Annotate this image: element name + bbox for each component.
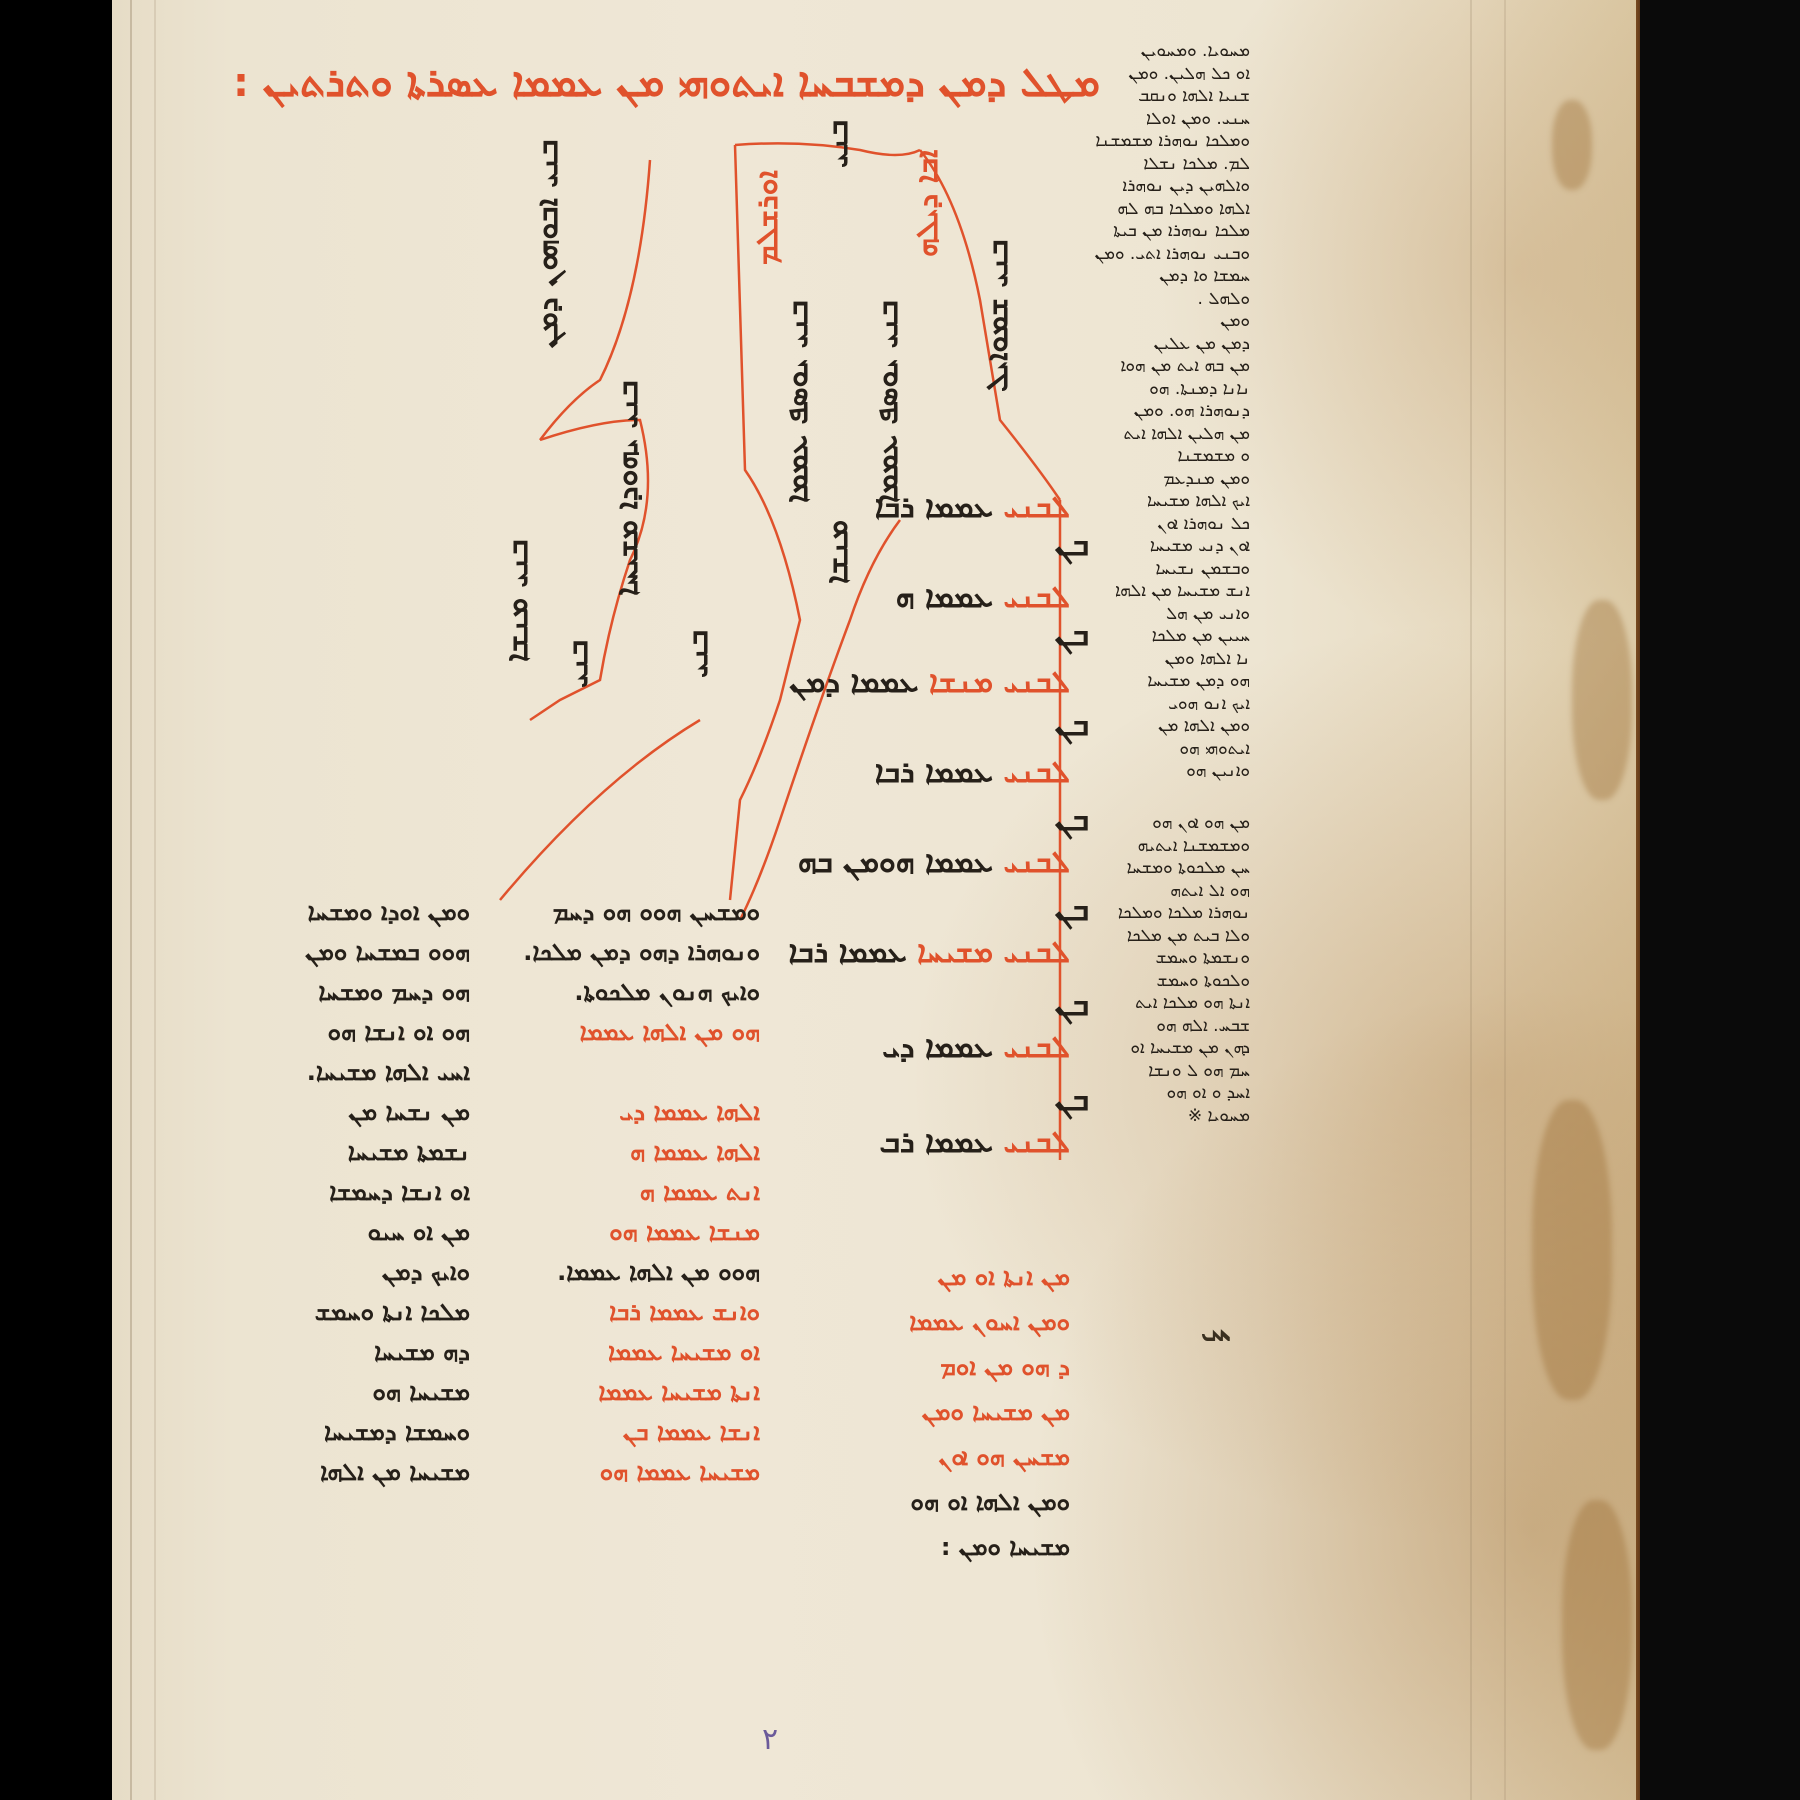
text-column-right: ܡܢ ܐܢܬܐ ܐܘ ܡܢ ܘܡܢ ܐܚܘܢ ܥܡܡܐ ܕ ܗܘ ܡܢ ܐܘܡ … [790, 1255, 1070, 1570]
text-line: ܐܠܗܐ ܥܡܡܐ ܗ [490, 1132, 760, 1172]
text-line: ܘܚܡܫܐ ܕܡܫܝܚܐ [280, 1412, 470, 1452]
stemma-node: ܒܢܝ [680, 630, 715, 710]
tribe-head-marker: ܒܢ [1055, 525, 1089, 564]
margin-line: ܕܡܢ ܡܢ ܥܠܝܢ [1080, 333, 1250, 356]
tribe-head-marker: ܒܢ [1055, 890, 1089, 929]
margin-line: ܢܐ ܐܠܗܐ ܘܡܢ [1080, 648, 1250, 671]
margin-line: ܡܢ ܗܠܝܢ ܐܠܗܐ ܐܝܬ [1080, 423, 1250, 446]
margin-line: ܕܗܢ ܡܢ ܡܫܝܚܐ ܐܘ [1080, 1037, 1250, 1060]
stemma-node: ܒܢܝ ܝܘܣܦ ܥܡܡܐ [870, 300, 905, 470]
tribe-label: ܠܒܢܝ ܡܢܫܐ [929, 665, 1070, 700]
margin-line: ܘܠܐ ܒܝܬ ܡܢ ܡܠܟܐ [1080, 925, 1250, 948]
margin-line: ܡܢ ܗܘ ܐܘܢ ܗܘ [1080, 812, 1250, 835]
margin-line: ܠܡ. ܡܠܟܐ ܢܫܠܐ [1080, 153, 1250, 176]
margin-line: ܘܡܢ [1080, 310, 1250, 333]
text-line: ܐܘ ܐܢܫܐ ܕܚܡܫܐ [280, 1172, 470, 1212]
margin-line: ܐܢܫ ܡܫܝܚܐ ܡܢ ܐܠܗܐ [1080, 580, 1250, 603]
text-line: ܘܐܢܫ ܥܡܡܐ ܪܒܐ [490, 1292, 760, 1332]
text-line: ܡܫܝܚܐ ܗܘ [280, 1372, 470, 1412]
rubric-heading: ܡܛܠ ܕܡܢ ܕܡܫܒܚܐ ܐܝܬܘܗܝ ܡܢ ܥܡܡܐ ܥܣܪܬܐ ܘܬܪܬ… [440, 60, 1100, 106]
text-column-middle: ܘܡܫܚܢ ܗܘܘ ܗܘ ܕܚܡ ܘܢܘܗܪܐ ܕܗܘ ܕܡܢ ܡܠܟܐ. ܘܐ… [490, 892, 760, 1492]
text-line: ܗܘ ܐܘ ܐܢܫܐ ܗܘ [280, 1012, 470, 1052]
stemma-node: ܒܢܝ ܝܘܣܦ ܥܡܡܐ [780, 300, 815, 470]
margin-line: ܚܡ ܗܘ ܠ ܘܢܫܐ [1080, 1060, 1250, 1083]
text-line: ܐܢܬܐ ܡܫܝܚܐ ܥܡܡܐ [490, 1372, 760, 1412]
tribe-label: ܠܒܢܝ [1003, 755, 1070, 790]
text-line: ܢܫܡܬܐ ܡܫܝܚܐ [280, 1132, 470, 1172]
tribe-label: ܠܒܢܝ [1003, 580, 1070, 615]
margin-line: ܘ ܡܫܡܫܢܐ [1080, 445, 1250, 468]
tribe-head-marker: ܒܢ [1055, 1080, 1089, 1119]
spacer [490, 1052, 760, 1092]
tribe-head-marker: ܒܢ [1055, 705, 1089, 744]
text-line: ܘܡܢ ܐܚܘܢ ܥܡܡܐ [790, 1300, 1070, 1345]
margin-line: ܘܢܫܡܬܐ ܘܚܡܫ [1080, 947, 1250, 970]
tribe-row: ܠܒܢܝ ܥܡܡܐ ܗܘܡܢ ܒܗ [850, 845, 1070, 880]
margin-line: ܐܘܢ ܕܢܝ ܡܫܝܚܐ [1080, 535, 1250, 558]
tribe-row: ܠܒܢܝ ܡܢܫܐ ܥܡܡܐ ܕܡܢ [860, 665, 1070, 700]
stemma-node: ܒܢܝ [820, 120, 855, 180]
margin-line: ܘܡܫܡܫܢܐ ܐܝܬܝܗ [1080, 835, 1250, 858]
text-line: ܕ ܗܘ ܡܢ ܐܘܡ [790, 1345, 1070, 1390]
text-line: ܘܡܢ ܐܠܗܐ ܐܘ ܗܘ [790, 1480, 1070, 1525]
text-line: ܡܢ ܐܢܬܐ ܐܘ ܡܢ [790, 1255, 1070, 1300]
margin-line: ܗܘ ܕܡܢ ܡܫܝܚܐ [1080, 670, 1250, 693]
text-line: ܗܘܘ ܒܡܫܚܐ ܘܡܢ [280, 932, 470, 972]
text-column-left: ܘܡܢ ܐܘܕܐ ܘܡܫܚܐ ܗܘܘ ܒܡܫܚܐ ܘܡܢ ܗܘ ܕܚܡ ܘܡܫܚ… [280, 892, 470, 1492]
tribe-people: ܥܡܡܐ ܪܒܐ [875, 755, 993, 790]
text-line: ܘܐܝܟ ܗܢܘܢ ܡܠܟܘܬܐ. [490, 972, 760, 1012]
margin-line: ܫܒܚ. ܐܠܗ ܗܘ [1080, 1015, 1250, 1038]
margin-line: ܘܠܗܠ . [1080, 288, 1250, 311]
tribe-row: ܠܒܢܝ ܥܡܡܐ ܪܒܐ [880, 755, 1070, 790]
text-line: ܐܠܗܐ ܥܡܡܐ ܕܝ [490, 1092, 760, 1132]
tribe-row: ܠܒܢܝ ܥܡܡܐ ܪܒܐ [880, 490, 1070, 525]
tribe-label: ܠܒܢܝ [1003, 490, 1070, 525]
stemma-node: ܒܢܝ ܝܗܘܕܐ ܡܫܝܚܐ [610, 380, 645, 580]
margin-line: ܚܢܝ. ܘܡܢ ܐܘܠܐ [1080, 108, 1250, 131]
margin-line: ܐܝܟ ܐܠܗܐ ܡܫܝܚܐ [1080, 490, 1250, 513]
margin-line: ܚܢ ܡܠܟܘܬܐ ܘܡܫܚܐ [1080, 857, 1250, 880]
margin-mark: ܚ [1200, 1305, 1231, 1351]
margin-line: ܗܘ ܐܠ ܐܝܬܗ [1080, 880, 1250, 903]
tribe-label: ܠܒܢܝ [1003, 1125, 1070, 1160]
text-line: ܗܘ ܡܢ ܐܠܗܐ ܥܡܡܐ [490, 1012, 760, 1052]
text-line: ܡܠܟܐ ܐܢܬܐ ܘܚܡܫ [280, 1292, 470, 1332]
text-line: ܡܢܫܐ ܥܡܡܐ ܗܘ [490, 1212, 760, 1252]
tribe-people: ܥܡܡܐ ܕܝ [882, 1030, 993, 1065]
margin-line: ܢܘܗܪܐ ܡܠܟܐ ܘܡܠܟܐ [1080, 902, 1250, 925]
margin-line: ܡܚܘܝܐ. ܘܡܚܘܝܢ [1080, 40, 1250, 63]
margin-line: ܟܠ ܢܘܗܪܐ ܐܘܢ [1080, 513, 1250, 536]
text-line: ܐܚܝ ܐܠܗܐ ܡܫܝܚܐ. [280, 1052, 470, 1092]
tribe-label: ܠܒܢܝ [1003, 1030, 1070, 1065]
stemma-node: ܒܢܝ ܫܡܘܐܝܠ [980, 240, 1015, 300]
text-line: ܡܫܝܚܐ ܘܡܢ : [790, 1525, 1070, 1570]
text-line: ܐܢܬ ܥܡܡܐ ܗ [490, 1172, 760, 1212]
margin-line: ܡܚܘܝܐ ※ [1080, 1105, 1250, 1128]
margin-line: ܕܢܘܗܪܐ ܗܘ. ܘܡܢ [1080, 400, 1250, 423]
text-line: ܘܢܘܗܪܐ ܕܗܘ ܕܡܢ ܡܠܟܐ. [490, 932, 760, 972]
text-line: ܡܢ ܐܘ ܚܝܘ [280, 1212, 470, 1252]
text-line: ܡܫܝܚܐ ܡܢ ܐܠܗܐ [280, 1452, 470, 1492]
margin-line: ܐܠܗܐ ܘܡܠܟܐ ܒܗ ܠܗ [1080, 198, 1250, 221]
margin-line: ܘܐܢܝ ܡܢ ܗܠ [1080, 603, 1250, 626]
margin-line: ܐܝܟ ܐܢܘ ܗܘܝ [1080, 693, 1250, 716]
margin-line: ܘܡܢ ܡܢܕܥܡ [1080, 468, 1250, 491]
margin-line: ܡܢ ܒܗ ܐܝܬ ܡܢ ܗܘܐ [1080, 355, 1250, 378]
text-line: ܐܢܫܐ ܥܡܡܐ ܒܢ [490, 1412, 760, 1452]
margin-line: ܘܐܢܝܢ ܗܘ [1080, 760, 1250, 783]
tribe-row: ܠܒܢܝ ܥܡܡܐ ܗ [880, 580, 1070, 615]
tribe-label: ܠܒܢܝ [1003, 845, 1070, 880]
tribe-row: ܠܒܢܝ ܥܡܡܐ ܕܝ [840, 1030, 1070, 1065]
folio-number: ٢ [762, 1722, 778, 1757]
text-line: ܕܗ ܡܫܝܚܐ [280, 1332, 470, 1372]
tribe-head-marker: ܒܢ [1055, 800, 1089, 839]
margin-line: ܘܠܟܘܬܐ ܘܚܡܫ [1080, 970, 1250, 993]
margin-line: ܡܠܟܐ ܢܘܗܪܐ ܡܢ ܒܝܬܐ [1080, 220, 1250, 243]
margin-line: ܘܐܠܗܝܢ ܕܝܢ ܢܘܗܪܐ [1080, 175, 1250, 198]
margin-line: ܚܡܫܐ ܘܐ ܕܡܢ [1080, 265, 1250, 288]
tribe-people: ܥܡܡܐ ܪܒܐ [788, 935, 906, 970]
stemma-node: ܒܢܝ ܐܒܘܗܘܢ ܕܡܢ [530, 140, 565, 340]
margin-line: ܐܚܕ ܘ ܐܘ ܗܘ [1080, 1082, 1250, 1105]
stemma-node: ܐܘܪܫܠܡ [750, 170, 785, 320]
margin-line: ܘܡܢ ܐܠܗܐ ܡܢ [1080, 715, 1250, 738]
margin-line: ܘܒܫܡܢ ܢܫܝܚܐ [1080, 558, 1250, 581]
stemma-node: ܒܢܝ ܡܢܫܐ [500, 540, 535, 670]
tribe-people: ܥܡܡܐ ܗ [896, 580, 993, 615]
margin-line: ܫܢܝܐ ܐܠܗܐ ܘܢܩܒ [1080, 85, 1250, 108]
margin-line: ܘܒܢܝ ܢܘܗܪܐ ܐܬܝ. ܘܡܢ [1080, 243, 1250, 266]
tribe-head-marker: ܒܢ [1055, 615, 1089, 654]
text-line: ܗܘܘ ܡܢ ܐܠܗܐ ܥܡܡܐ. [490, 1252, 760, 1292]
margin-line: ܐܢܬܐ ܗܘ ܡܠܟܐ ܐܝܬ [1080, 992, 1250, 1015]
stemma-node: ܒܢܝ [560, 640, 595, 700]
margin-note-bottom: ܡܢ ܗܘ ܐܘܢ ܗܘ ܘܡܫܡܫܢܐ ܐܝܬܝܗ ܚܢ ܡܠܟܘܬܐ ܘܡܫ… [1080, 812, 1250, 1127]
margin-line: ܐܘ ܟܠ ܗܠܝܢ. ܘܡܢ [1080, 63, 1250, 86]
text-line: ܡܫܚܢ ܗܘ ܐܘܢ [790, 1435, 1070, 1480]
tribe-row: ܠܒܢܝ ܡܫܝܚܐ ܥܡܡܐ ܪܒܐ [790, 935, 1070, 970]
margin-line: ܚܝܝܢ ܡܢ ܡܠܟܐ [1080, 625, 1250, 648]
text-line: ܗܘ ܕܚܡ ܘܡܫܚܐ [280, 972, 470, 1012]
margin-note-top: ܡܚܘܝܐ. ܘܡܚܘܝܢ ܐܘ ܟܠ ܗܠܝܢ. ܘܡܢ ܫܢܝܐ ܐܠܗܐ … [1080, 40, 1250, 783]
text-line: ܡܢ ܢܫܚܐ ܡܢ [280, 1092, 470, 1132]
tribe-people: ܥܡܡܐ ܗܘܡܢ ܒܗ [798, 845, 993, 880]
margin-line: ܐܝܬܘܗܝ ܗܘ [1080, 738, 1250, 761]
margin-line: ܘܡܠܟܐ ܢܘܗܪܐ ܡܫܡܫܢܐ [1080, 130, 1250, 153]
tribe-head-marker: ܒܢ [1055, 985, 1089, 1024]
margin-line: ܢܐܢܐ ܕܡܢܬܐ. ܗܘ [1080, 378, 1250, 401]
text-line: ܘܐܝܟ ܕܡܢ [280, 1252, 470, 1292]
stemma-node: ܐܒܐ ܕܝܠܗ [910, 150, 945, 290]
tribe-row: ܠܒܢܝ ܥܡܡܐ ܪܒ [840, 1125, 1070, 1160]
tribe-label: ܠܒܢܝ ܡܫܝܚܐ [917, 935, 1070, 970]
text-line: ܐܘ ܡܫܝܚܐ ܥܡܡܐ [490, 1332, 760, 1372]
tribe-people: ܥܡܡܐ ܕܡܢ [789, 665, 918, 700]
tribe-people: ܥܡܡܐ ܪܒܐ [875, 490, 993, 525]
stemma-node: ܡܢܫܐ [820, 520, 855, 640]
text-line: ܘܡܫܚܢ ܗܘܘ ܗܘ ܕܚܡ [490, 892, 760, 932]
tribe-people: ܥܡܡܐ ܪܒ [880, 1125, 994, 1160]
text-line: ܘܡܢ ܐܘܕܐ ܘܡܫܚܐ [280, 892, 470, 932]
text-line: ܡܢ ܡܫܝܚܐ ܘܡܢ [790, 1390, 1070, 1435]
text-line: ܡܫܝܚܐ ܥܡܡܐ ܗܘ [490, 1452, 760, 1492]
